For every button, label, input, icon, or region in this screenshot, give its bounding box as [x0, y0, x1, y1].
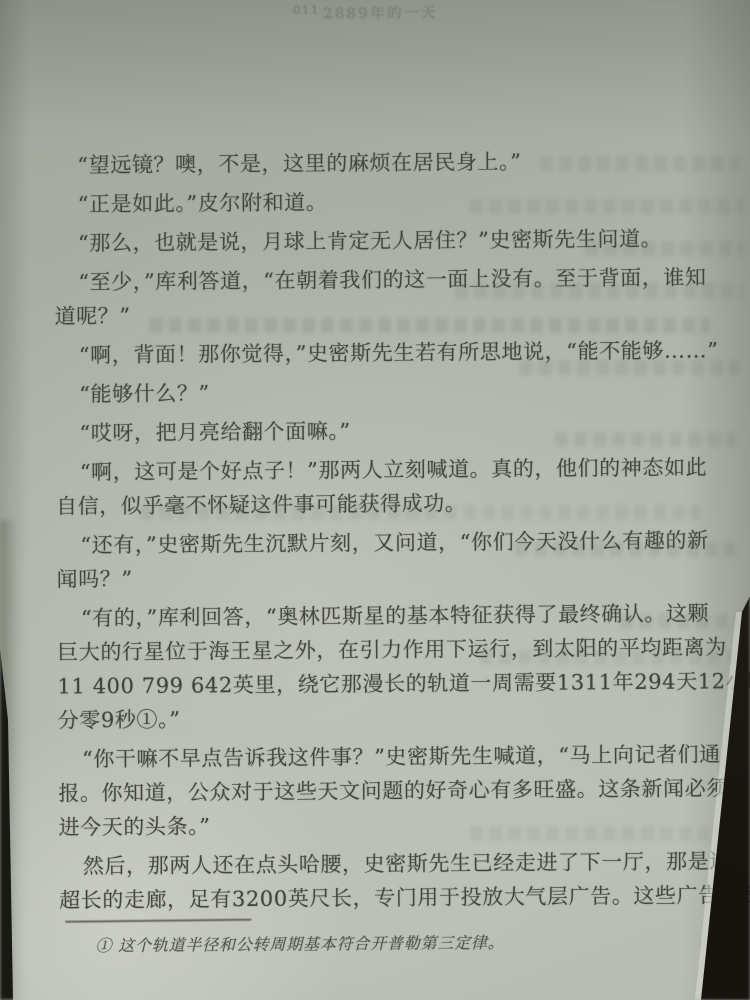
text-line: 分零9秒①。”	[58, 698, 698, 737]
text-line: “有的，”库利回答，“奥林匹斯星的基本特征获得了最终确认。这颗	[57, 596, 697, 635]
body-text: “望远镜？噢，不是，这里的麻烦在居民身上。” “正是如此。”皮尔附和道。 “那么…	[53, 143, 699, 917]
text-line: 11 400 799 642英里，绕它那漫长的轨道一周需要1311年294天12…	[57, 664, 697, 703]
text-line: 报。你知道，公众对于这些天文问题的好奇心有多旺盛。这条新闻必须放	[58, 771, 698, 810]
text-line: 然后，那两人还在点头哈腰，史密斯先生已经走进了下一厅，那是道	[59, 844, 699, 883]
book-page-photo: 011 2889年的一天 “望远镜？噢，不是，这里的麻烦在居民身上。” “正是如…	[0, 0, 750, 1000]
text-line: “啊，背面！那你觉得，”史密斯先生若有所思地说，“能不能够……”	[55, 333, 695, 372]
text-line: 超长的走廊，足有3200英尺长，专门用于投放大气层广告。这些广告会反	[59, 878, 699, 917]
page-number: 011	[293, 3, 320, 16]
text-line: 道呢？”	[54, 294, 694, 333]
text-line: “至少，”库利答道，“在朝着我们的这一面上没有。至于背面，谁知	[54, 260, 694, 299]
text-line: “你干嘛不早点告诉我这件事？”史密斯先生喊道，“马上向记者们通	[58, 737, 698, 776]
text-line: 自信，似乎毫不怀疑这件事可能获得成功。	[56, 484, 696, 523]
text-line: 进今天的头条。”	[58, 805, 698, 844]
text-line: 闻吗？”	[56, 557, 696, 596]
footnote-separator	[65, 919, 251, 923]
text-line: “那么，也就是说，月球上肯定无人居住？”史密斯先生问道。	[54, 221, 694, 260]
text-line: 巨大的行星位于海王星之外，在引力作用下运行，到太阳的平均距离为	[57, 630, 697, 669]
running-title: 2889年的一天	[323, 1, 438, 23]
footnote-text: ① 这个轨道半径和公转周期基本符合开普勒第三定律。	[95, 928, 695, 958]
text-line: “哎呀，把月亮给翻个面嘛。”	[55, 411, 695, 450]
text-line: “能够什么？”	[55, 372, 695, 411]
text-line: “啊，这可是个好点子！”那两人立刻喊道。真的，他们的神态如此	[56, 450, 696, 489]
text-line: “望远镜？噢，不是，这里的麻烦在居民身上。”	[53, 143, 693, 182]
text-line: “正是如此。”皮尔附和道。	[54, 182, 694, 221]
printed-page-content: 011 2889年的一天 “望远镜？噢，不是，这里的麻烦在居民身上。” “正是如…	[0, 0, 750, 1000]
text-line: “还有，”史密斯先生沉默片刻，又问道，“你们今天没什么有趣的新	[56, 523, 696, 562]
